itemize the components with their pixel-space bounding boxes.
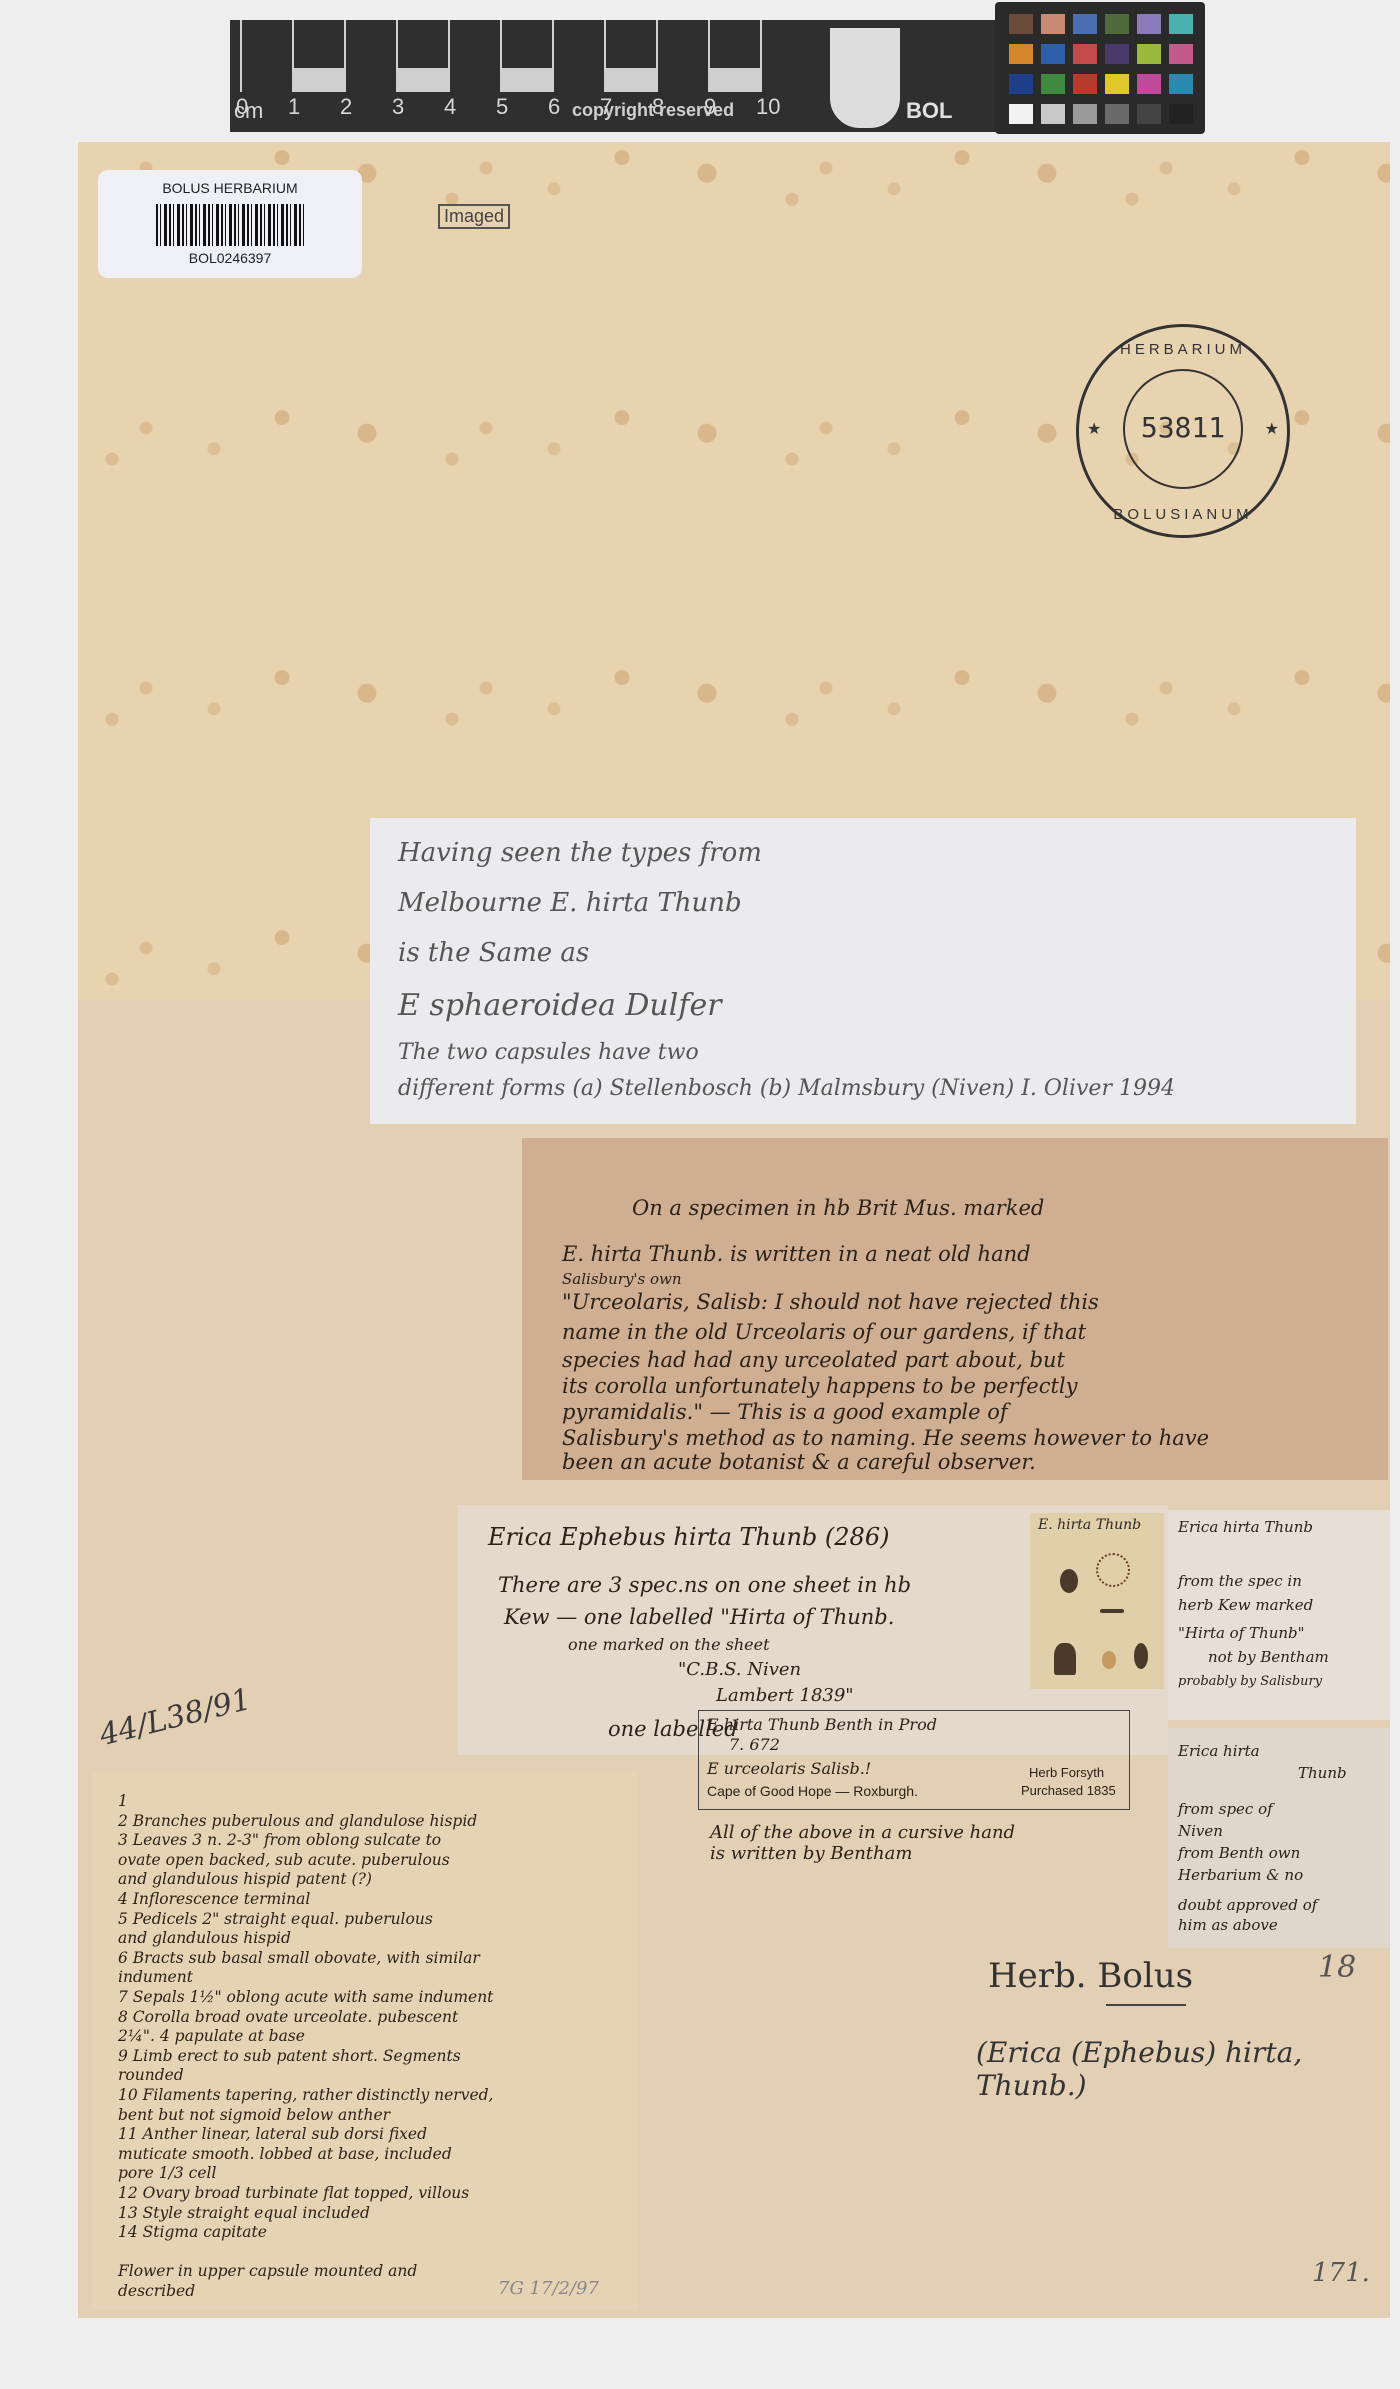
box-line: Purchased 1835 xyxy=(1021,1783,1116,1798)
note-line: Kew — one labelled "Hirta of Thunb. xyxy=(504,1605,894,1629)
color-swatch xyxy=(1169,44,1193,64)
note-line: Thunb xyxy=(1298,1764,1347,1782)
color-swatch xyxy=(1105,14,1129,34)
flower-fragment-icon xyxy=(1096,1553,1130,1587)
note-line: Erica hirta xyxy=(1178,1742,1260,1760)
scale-number: 4 xyxy=(444,94,456,120)
note-line: name in the old Urceolaris of our garden… xyxy=(562,1320,1086,1344)
branch-fragment-icon xyxy=(1054,1643,1076,1675)
herb-bolus-number: 18 xyxy=(1318,1950,1356,1985)
leaf-fragment-icon xyxy=(1060,1569,1078,1593)
box-line: Herb Forsyth xyxy=(1029,1765,1104,1780)
stamp-top-text: HERBARIUM xyxy=(1079,341,1287,358)
color-swatch xyxy=(1169,104,1193,124)
note-line: from the spec in xyxy=(1178,1572,1302,1590)
unit-label: cm xyxy=(234,98,263,124)
scale-number: 5 xyxy=(496,94,508,120)
scale-segment xyxy=(346,68,396,92)
color-swatch xyxy=(1009,104,1033,124)
color-swatch xyxy=(1137,44,1161,64)
box-line: E hirta Thunb Benth in Prod xyxy=(707,1715,937,1734)
note-line: E. hirta Thunb. is written in a neat old… xyxy=(562,1242,1031,1266)
color-swatch xyxy=(1105,44,1129,64)
stamp-bottom-text: BOLUSIANUM xyxy=(1079,506,1287,523)
page-mark: 171. xyxy=(1312,2258,1370,2288)
scale-segment xyxy=(242,68,292,92)
color-swatch xyxy=(1009,14,1033,34)
note-line: not by Bentham xyxy=(1208,1648,1329,1666)
description-line: 12 Ovary broad turbinate flat topped, vi… xyxy=(118,2184,469,2202)
copyright-text: copyright reserved xyxy=(572,100,734,121)
color-swatch xyxy=(1137,14,1161,34)
note-description: 12 Branches puberulous and glandulose hi… xyxy=(92,1772,638,2310)
scale-segment xyxy=(398,68,448,92)
imaged-stamp: Imaged xyxy=(438,204,510,229)
scale-number: 10 xyxy=(756,94,780,120)
description-line: 10 Filaments tapering, rather distinctly… xyxy=(118,2086,493,2104)
divider xyxy=(1106,2004,1186,2006)
scale-segment xyxy=(294,68,344,92)
note-line: Salisbury's own xyxy=(562,1270,682,1288)
color-swatch xyxy=(1137,74,1161,94)
note-niven: Erica hirta Thunb from spec of Niven fro… xyxy=(1168,1728,1390,1948)
scale-segment xyxy=(502,68,552,92)
note-line: one marked on the sheet xyxy=(568,1635,770,1654)
description-line: bent but not sigmoid below anther xyxy=(118,2106,390,2124)
description-line: 5 Pedicels 2" straight equal. puberulous xyxy=(118,1910,433,1928)
color-swatch xyxy=(1105,74,1129,94)
color-swatch xyxy=(1105,104,1129,124)
box-line: Cape of Good Hope — Roxburgh. xyxy=(707,1783,918,1799)
note-line: probably by Salisbury xyxy=(1178,1674,1322,1689)
scale-segment xyxy=(450,68,500,92)
note-line: There are 3 spec.ns on one sheet in hb xyxy=(498,1573,911,1597)
scale-segment xyxy=(554,68,604,92)
note-line: Melbourne E. hirta Thunb xyxy=(398,888,742,918)
description-line: ovate open backed, sub acute. puberulous xyxy=(118,1851,450,1869)
color-swatch xyxy=(1009,74,1033,94)
note-line: Lambert 1839" xyxy=(716,1685,854,1706)
note-line: Salisbury's method as to naming. He seem… xyxy=(562,1426,1209,1450)
scale-number: 1 xyxy=(288,94,300,120)
note-line: different forms (a) Stellenbosch (b) Mal… xyxy=(398,1076,1175,1101)
note-line: doubt approved of xyxy=(1178,1896,1317,1914)
color-calibration-chart xyxy=(995,2,1205,134)
herb-bolus-title: Herb. Bolus xyxy=(988,1956,1193,1996)
description-line: 2¼". 4 papulate at base xyxy=(118,2027,305,2045)
color-swatch xyxy=(1009,44,1033,64)
color-swatch xyxy=(1073,44,1097,64)
packet-label: E. hirta Thunb xyxy=(1038,1517,1141,1533)
note-line: been an acute botanist & a careful obser… xyxy=(562,1450,1036,1474)
description-line: pore 1/3 cell xyxy=(118,2164,216,2182)
note-line: from spec of xyxy=(1178,1800,1273,1818)
description-line: 7 Sepals 1½" oblong acute with same indu… xyxy=(118,1988,493,2006)
note-line: "Urceolaris, Salisb: I should not have r… xyxy=(562,1290,1099,1314)
quoted-label-box: E hirta Thunb Benth in Prod 7. 672 E urc… xyxy=(698,1710,1130,1810)
bentham-footer: All of the above in a cursive hand is wr… xyxy=(710,1822,1015,1864)
taxon-name: (Erica (Ephebus) hirta, Thunb.) xyxy=(976,2036,1400,2102)
description-line: 13 Style straight equal included xyxy=(118,2204,370,2222)
star-icon: ★ xyxy=(1087,419,1101,438)
color-swatch xyxy=(1041,44,1065,64)
stem-fragment-icon xyxy=(1100,1609,1124,1613)
leaf-fragment-icon xyxy=(1134,1643,1148,1669)
color-swatch xyxy=(1137,104,1161,124)
note-line: The two capsules have two xyxy=(398,1040,699,1065)
note-line: All of the above in a cursive hand xyxy=(710,1822,1015,1843)
barcode-label: BOLUS HERBARIUM BOL0246397 xyxy=(98,170,362,278)
scale-segment xyxy=(658,68,708,92)
color-swatch xyxy=(1073,104,1097,124)
institution-crest-icon xyxy=(830,28,900,128)
description-line: 3 Leaves 3 n. 2-3" from oblong sulcate t… xyxy=(118,1831,441,1849)
note-line: Niven xyxy=(1178,1822,1223,1840)
scale-number: 2 xyxy=(340,94,352,120)
description-line: 6 Bracts sub basal small obovate, with s… xyxy=(118,1949,480,1967)
date-mark: 7G 17/2/97 xyxy=(498,2278,599,2299)
scale-segment xyxy=(606,68,656,92)
color-swatch xyxy=(1041,74,1065,94)
description-line: Flower in upper capsule mounted and xyxy=(118,2262,417,2280)
note-line: Herbarium & no xyxy=(1178,1866,1303,1884)
note-line: "C.B.S. Niven xyxy=(678,1659,801,1680)
box-line: E urceolaris Salisb.! xyxy=(707,1759,871,1778)
accession-number: 53811 xyxy=(1125,411,1241,444)
color-swatch xyxy=(1169,14,1193,34)
scale-segment xyxy=(710,68,760,92)
note-line: herb Kew marked xyxy=(1178,1596,1313,1614)
herbarium-stamp: HERBARIUM ★ ★ 53811 BOLUSIANUM xyxy=(1076,324,1290,538)
color-swatch xyxy=(1041,14,1065,34)
color-swatch xyxy=(1041,104,1065,124)
institution-code: BOL xyxy=(906,98,952,124)
description-line: indument xyxy=(118,1968,193,1986)
note-oliver: Having seen the types from Melbourne E. … xyxy=(370,818,1356,1124)
description-line: 9 Limb erect to sub patent short. Segmen… xyxy=(118,2047,461,2065)
note-line: Erica hirta Thunb xyxy=(1178,1518,1313,1536)
star-icon: ★ xyxy=(1265,419,1279,438)
note-line: "Hirta of Thunb" xyxy=(1178,1624,1305,1642)
note-line: Having seen the types from xyxy=(398,838,762,868)
color-swatch xyxy=(1169,74,1193,94)
scale-bar: 012345678910 cm copyright reserved BOL xyxy=(230,20,1000,132)
note-line: pyramidalis." — This is a good example o… xyxy=(562,1400,1008,1424)
barcode-id: BOL0246397 xyxy=(98,250,362,266)
description-line: 2 Branches puberulous and glandulose his… xyxy=(118,1812,477,1830)
barcode-title: BOLUS HERBARIUM xyxy=(98,180,362,196)
note-salisbury: On a specimen in hb Brit Mus. marked E. … xyxy=(522,1138,1388,1480)
description-line: 8 Corolla broad ovate urceolate. pubesce… xyxy=(118,2008,458,2026)
scale-number: 3 xyxy=(392,94,404,120)
specimen-fragment-packet: E. hirta Thunb xyxy=(1030,1513,1164,1689)
description-line: 1 xyxy=(118,1792,128,1810)
capsule-fragment-icon xyxy=(1102,1651,1116,1669)
note-line: is the Same as xyxy=(398,938,589,968)
scale-number: 6 xyxy=(548,94,560,120)
description-line: 14 Stigma capitate xyxy=(118,2223,267,2241)
note-line: is written by Bentham xyxy=(710,1843,1015,1864)
stamp-inner-ring: 53811 xyxy=(1123,369,1243,489)
note-line: E sphaeroidea Dulfer xyxy=(398,988,722,1023)
note-kew: Erica hirta Thunb from the spec in herb … xyxy=(1168,1510,1390,1720)
description-line: 11 Anther linear, lateral sub dorsi fixe… xyxy=(118,2125,427,2143)
color-swatch xyxy=(1073,14,1097,34)
description-line: and glandulous hispid xyxy=(118,1929,291,1947)
note-line: its corolla unfortunately happens to be … xyxy=(562,1374,1077,1398)
description-line: 4 Inflorescence terminal xyxy=(118,1890,310,1908)
box-line: 7. 672 xyxy=(729,1735,780,1754)
note-line: from Benth own xyxy=(1178,1844,1300,1862)
note-title: Erica Ephebus hirta Thunb (286) xyxy=(488,1523,889,1551)
description-line: rounded xyxy=(118,2066,184,2084)
description-line: and glandulous hispid patent (?) xyxy=(118,1870,372,1888)
scale-tick xyxy=(760,20,762,92)
note-line: him as above xyxy=(1178,1916,1278,1934)
note-line: On a specimen in hb Brit Mus. marked xyxy=(632,1196,1044,1220)
color-swatch xyxy=(1073,74,1097,94)
barcode-icon xyxy=(156,204,304,246)
description-line: muticate smooth. lobbed at base, include… xyxy=(118,2145,452,2163)
description-line: described xyxy=(118,2282,195,2300)
note-line: species had had any urceolated part abou… xyxy=(562,1348,1065,1372)
